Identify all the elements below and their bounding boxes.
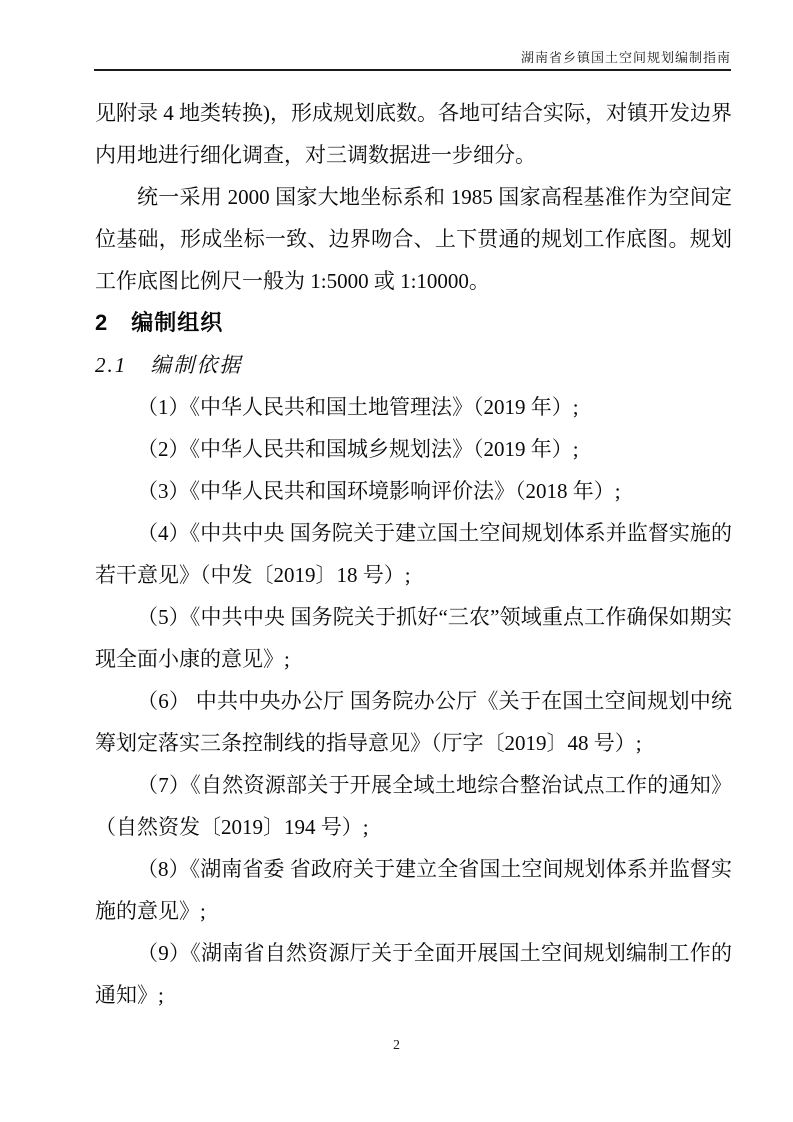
subsection-heading: 2.1 编制依据 (95, 344, 732, 386)
reference-item: （2）《中华人民共和国城乡规划法》（2019 年）; (95, 428, 732, 470)
reference-item: （4）《中共中央 国务院关于建立国土空间规划体系并监督实施的若干意见》（中发〔2… (95, 512, 732, 596)
page-header: 湖南省乡镇国土空间规划编制指南 (94, 50, 731, 71)
reference-item: （7）《自然资源部关于开展全域土地综合整治试点工作的通知》（自然资发〔2019〕… (95, 764, 732, 848)
reference-item: （8）《湖南省委 省政府关于建立全省国土空间规划体系并监督实施的意见》; (95, 848, 732, 932)
section-heading: 2 编制组织 (95, 302, 732, 344)
reference-item: （1）《中华人民共和国土地管理法》（2019 年）; (95, 386, 732, 428)
page-number: 2 (393, 1038, 400, 1053)
reference-item: （5）《中共中央 国务院关于抓好“三农”领域重点工作确保如期实现全面小康的意见》… (95, 596, 732, 680)
paragraph-basemap: 统一采用 2000 国家大地坐标系和 1985 国家高程基准作为空间定位基础，形… (95, 176, 732, 302)
paragraph-continuation: 见附录 4 地类转换)，形成规划底数。各地可结合实际，对镇开发边界内用地进行细化… (95, 92, 732, 176)
reference-item: （3）《中华人民共和国环境影响评价法》（2018 年）; (95, 470, 732, 512)
header-title: 湖南省乡镇国土空间规划编制指南 (521, 50, 731, 65)
document-body: 见附录 4 地类转换)，形成规划底数。各地可结合实际，对镇开发边界内用地进行细化… (95, 92, 732, 1016)
page-footer: 2 (0, 1036, 793, 1056)
reference-item: （6） 中共中央办公厅 国务院办公厅《关于在国土空间规划中统筹划定落实三条控制线… (95, 680, 732, 764)
document-page: 湖南省乡镇国土空间规划编制指南 见附录 4 地类转换)，形成规划底数。各地可结合… (0, 0, 793, 1122)
reference-item: （9）《湖南省自然资源厅关于全面开展国土空间规划编制工作的通知》; (95, 932, 732, 1016)
